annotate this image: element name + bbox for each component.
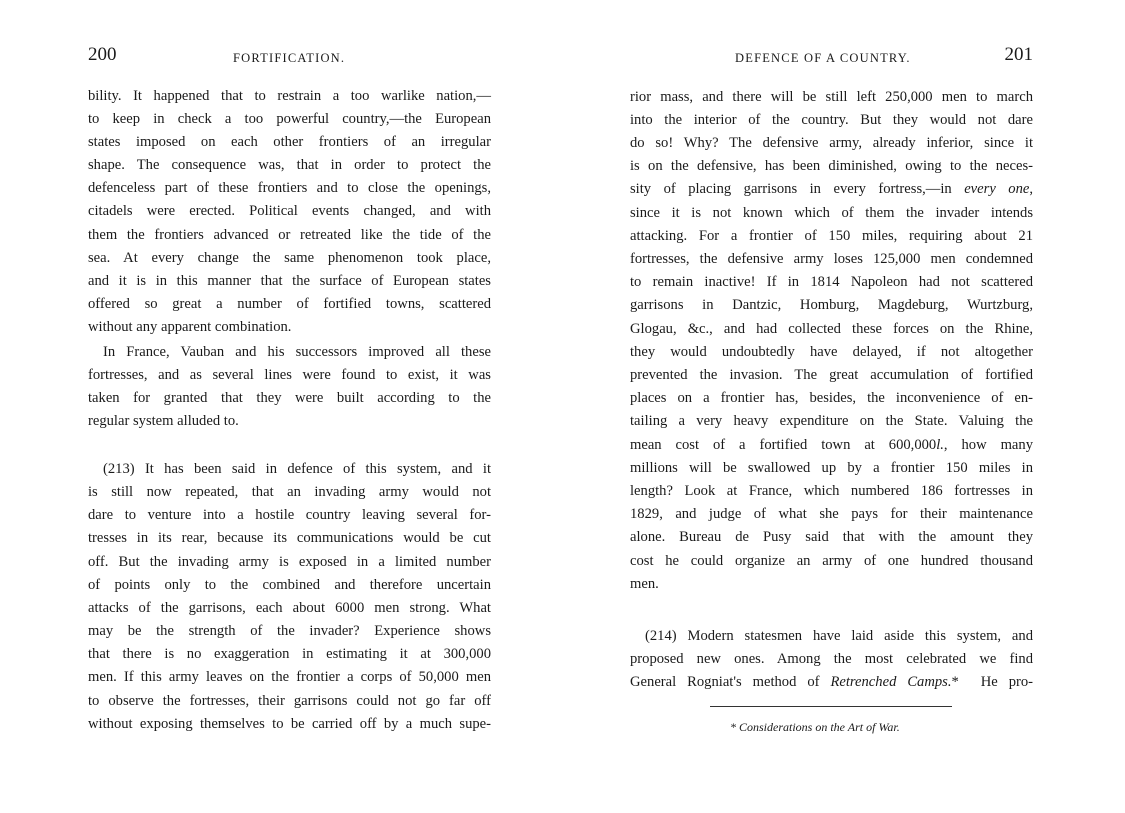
text-line: (214) Modern statesmen have laid aside t… xyxy=(645,627,1033,645)
text-line: fortresses, the defensive army loses 125… xyxy=(630,250,1033,268)
text-line: to observe the fortresses, their garriso… xyxy=(88,692,491,710)
text-line: regular system alluded to. xyxy=(88,412,491,430)
footnote: * Considerations on the Art of War. xyxy=(730,720,900,735)
text-line: men. If this army leaves on the frontier… xyxy=(88,668,491,686)
text-line: since it is not known which of them the … xyxy=(630,204,1033,222)
running-title: DEFENCE OF A COUNTRY. xyxy=(735,51,911,66)
running-title: FORTIFICATION. xyxy=(233,51,345,66)
text-line: length? Look at France, which numbered 1… xyxy=(630,482,1033,500)
text-line: attacks of the garrisons, each about 600… xyxy=(88,599,491,617)
text-line: taken for granted that they were built a… xyxy=(88,389,491,407)
text-line: is on the defensive, has been diminished… xyxy=(630,157,1033,175)
text-line: citadels were erected. Political events … xyxy=(88,202,491,220)
text-line: garrisons in Dantzic, Homburg, Magdeburg… xyxy=(630,296,1033,314)
italic-text: every one xyxy=(964,181,1029,197)
text-line: General Rogniat's method of Retrenched C… xyxy=(630,673,1033,691)
text-line: dare to venture into a hostile country l… xyxy=(88,506,491,524)
text-line: bility. It happened that to restrain a t… xyxy=(88,87,491,105)
text-line: men. xyxy=(630,575,1033,593)
footnote-mark: * xyxy=(952,674,959,690)
page-number: 201 xyxy=(1005,44,1034,66)
text-line: do so! Why? The defensive army, already … xyxy=(630,134,1033,152)
text-line: into the interior of the country. But th… xyxy=(630,111,1033,129)
text-line: prevented the invasion. The great accumu… xyxy=(630,366,1033,384)
text-line: tresses in its rear, because its communi… xyxy=(88,529,491,547)
text-line: them the frontiers advanced or retreated… xyxy=(88,226,491,244)
text-span: He pro- xyxy=(981,674,1033,690)
text-line: millions will be swallowed up by a front… xyxy=(630,459,1033,477)
text-line: attacking. For a frontier of 150 miles, … xyxy=(630,227,1033,245)
text-line: offered so great a number of fortified t… xyxy=(88,295,491,313)
text-line: that there is no exaggeration in estimat… xyxy=(88,645,491,663)
text-line: may be the strength of the invader? Expe… xyxy=(88,622,491,640)
text-line: Glogau, &c., and had collected these for… xyxy=(630,320,1033,338)
text-line: rior mass, and there will be still left … xyxy=(630,88,1033,106)
text-line: of points only to the combined and there… xyxy=(88,576,491,594)
left-page: 200 FORTIFICATION. bility. It happened t… xyxy=(88,0,491,813)
text-line: In France, Vauban and his successors imp… xyxy=(103,343,491,361)
right-page: DEFENCE OF A COUNTRY. 201 rior mass, and… xyxy=(630,0,1033,813)
text-line: places on a frontier has, besides, the i… xyxy=(630,389,1033,407)
text-span: , how many xyxy=(944,437,1033,453)
text-line: fortresses, and as several lines were fo… xyxy=(88,366,491,384)
text-line: tailing a very heavy expenditure on the … xyxy=(630,412,1033,430)
text-line: mean cost of a fortified town at 600,000… xyxy=(630,436,1033,454)
text-span: mean cost of a fortified town at 600,000 xyxy=(630,437,936,453)
text-line: (213) It has been said in defence of thi… xyxy=(103,460,491,478)
right-page-header: DEFENCE OF A COUNTRY. 201 xyxy=(630,44,1033,70)
text-line: without exposing themselves to be carrie… xyxy=(88,715,491,733)
text-line: to remain inactive! If in 1814 Napoleon … xyxy=(630,273,1033,291)
italic-text: l. xyxy=(936,437,944,453)
text-line: defenceless part of these frontiers and … xyxy=(88,179,491,197)
text-line: to keep in check a too powerful country,… xyxy=(88,110,491,128)
text-line: they would undoubtedly have delayed, if … xyxy=(630,343,1033,361)
text-line: cost he could organize an army of one hu… xyxy=(630,552,1033,570)
text-line: proposed new ones. Among the most celebr… xyxy=(630,650,1033,668)
italic-text: Retrenched Camps. xyxy=(830,674,951,690)
text-line: sity of placing garrisons in every fortr… xyxy=(630,180,1033,198)
text-span: General Rogniat's method of xyxy=(630,674,830,690)
text-span: , xyxy=(1029,181,1033,197)
text-line: states imposed on each other frontiers o… xyxy=(88,133,491,151)
text-line: shape. The consequence was, that in orde… xyxy=(88,156,491,174)
text-line: and it is in this manner that the surfac… xyxy=(88,272,491,290)
text-line: off. But the invading army is exposed in… xyxy=(88,553,491,571)
text-span: sity of placing garrisons in every fortr… xyxy=(630,181,964,197)
text-line: 1829, and judge of what she pays for the… xyxy=(630,505,1033,523)
text-line: sea. At every change the same phenomenon… xyxy=(88,249,491,267)
page-number: 200 xyxy=(88,44,117,66)
text-line: without any apparent combination. xyxy=(88,318,491,336)
footnote-divider xyxy=(710,706,952,707)
text-line: alone. Bureau de Pusy said that with the… xyxy=(630,528,1033,546)
left-page-header: 200 FORTIFICATION. xyxy=(88,44,491,70)
text-line: is still now repeated, that an invading … xyxy=(88,483,491,501)
